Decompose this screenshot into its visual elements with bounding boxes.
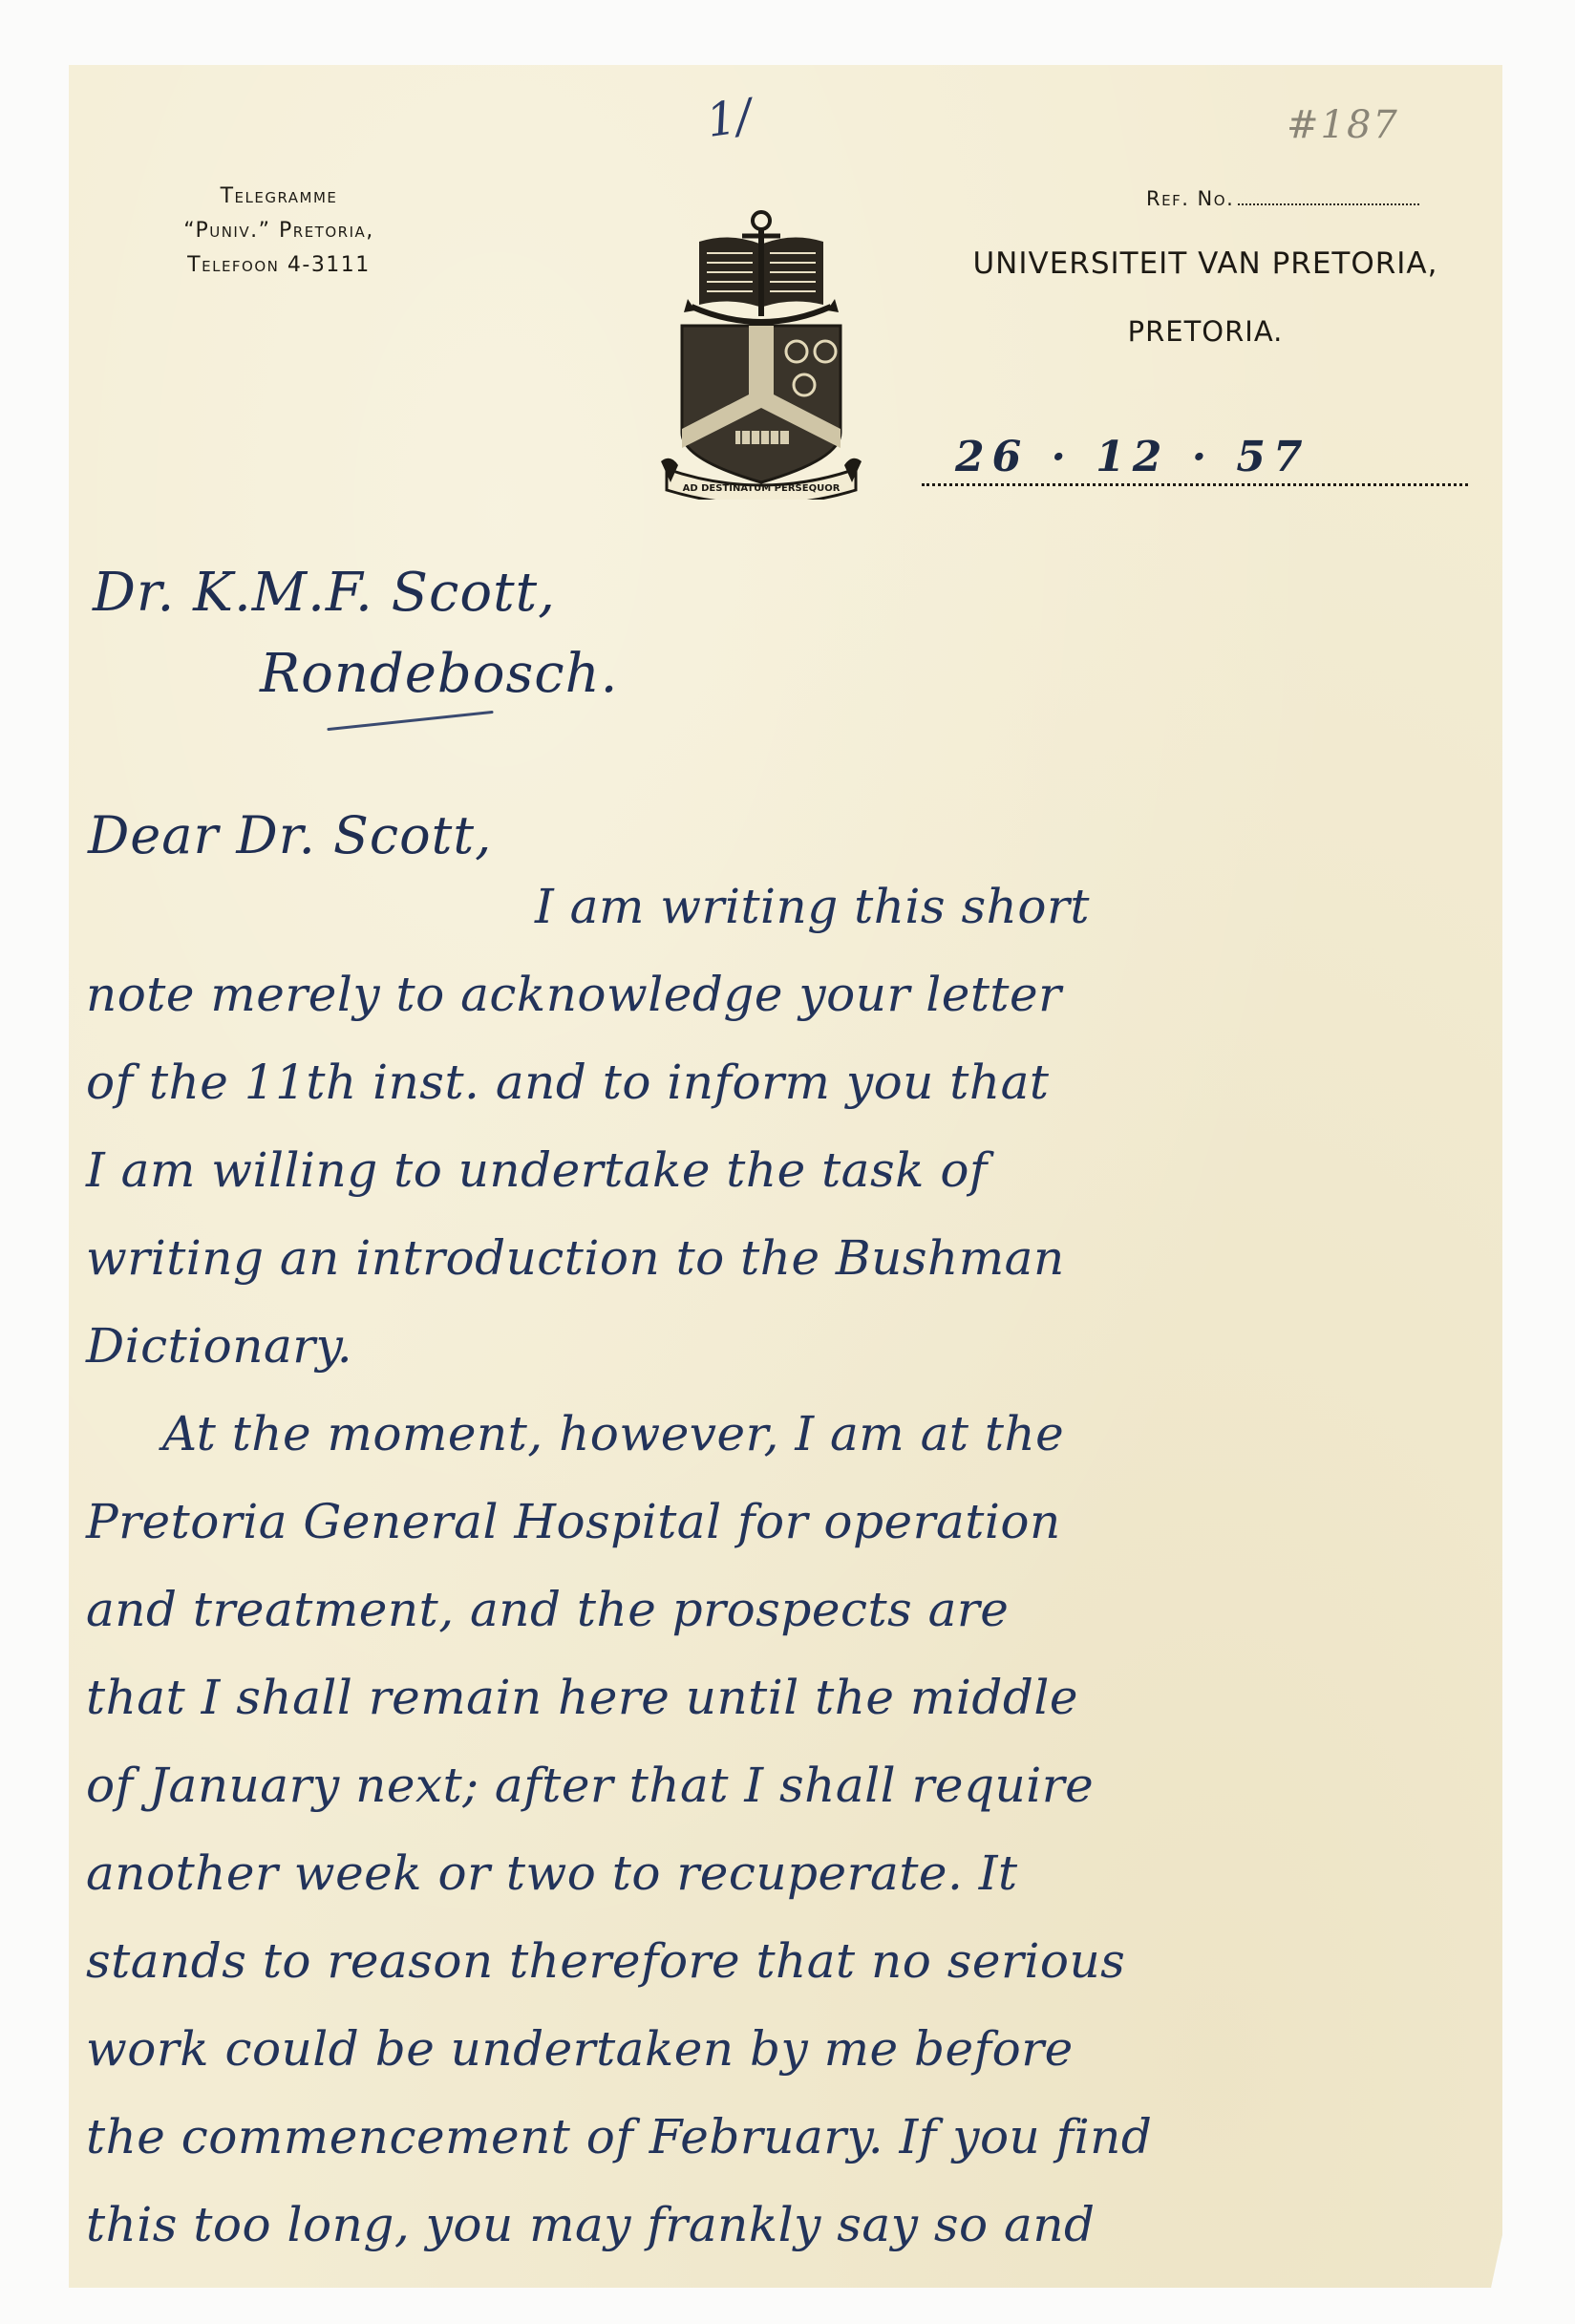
telephone-number: Telefoon 4-3111 [121,248,436,283]
archive-number: #187 [1287,103,1399,147]
salutation: Dear Dr. Scott, [88,805,492,865]
ref-dotted-line [1238,203,1419,205]
body-line: Pretoria General Hospital for operation [86,1478,1480,1566]
body-line: stands to reason therefore that no serio… [86,1917,1480,2005]
reference-number-field: Ref. No. [1146,187,1419,210]
page-number-mark: 1/ [703,89,755,148]
body-line: the commencement of February. If you fin… [86,2093,1480,2181]
letterhead-contact-block: Telegramme “Puniv.” Pretoria, Telefoon 4… [121,180,436,283]
telegram-label: Telegramme [121,180,436,214]
body-line: work could be undertaken by me before [86,2005,1480,2093]
body-line: writing an introduction to the Bushman [86,1214,1480,1302]
body-line: of the 11th inst. and to inform you that [86,1038,1480,1126]
recipient-place: Rondebosch. [260,643,618,705]
body-line: of January next; after that I shall requ… [86,1741,1480,1829]
body-line: I am willing to undertake the task of [86,1126,1480,1214]
telegram-address: “Puniv.” Pretoria, [121,214,436,248]
body-line: At the moment, however, I am at the [86,1390,1480,1478]
body-line: that I shall remain here until the middl… [86,1653,1480,1741]
ref-label: Ref. No. [1146,187,1234,210]
letter-page: #187 1/ Telegramme “Puniv.” Pretoria, Te… [69,65,1502,2288]
letter-body: I am writing this short note merely to a… [86,863,1480,2269]
body-line: Dictionary. [86,1302,1480,1390]
body-line: I am writing this short [86,863,1480,950]
place-underline [327,711,493,731]
date-dotted-rule [922,483,1468,486]
university-crest-icon: AD DESTINATUM PERSEQUOR [661,203,862,500]
body-line: and treatment, and the prospects are [86,1566,1480,1653]
crest-motto: AD DESTINATUM PERSEQUOR [683,483,841,494]
letter-date: 26 · 12 · 57 [955,433,1310,481]
body-line: this too long, you may frankly say so an… [86,2181,1480,2269]
institution-city: PRETORIA. [919,315,1492,348]
institution-name: UNIVERSITEIT VAN PRETORIA, [919,246,1492,281]
body-line: another week or two to recuperate. It [86,1829,1480,1917]
body-line: note merely to acknowledge your letter [86,950,1480,1038]
recipient-name: Dr. K.M.F. Scott, [93,562,556,624]
